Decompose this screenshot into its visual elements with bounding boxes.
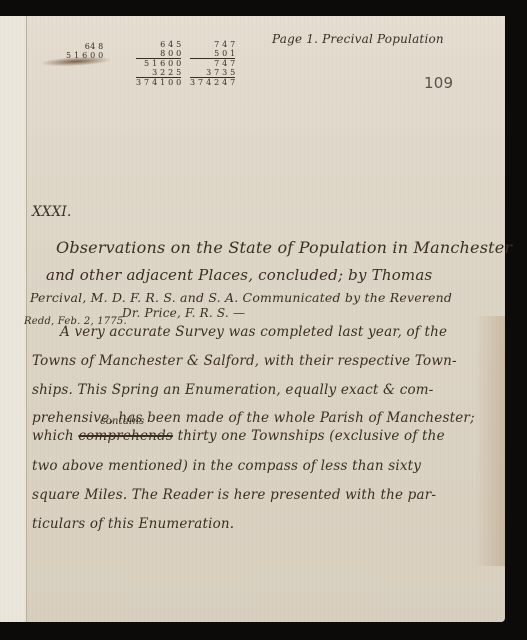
arith-mid-total: 3 7 4 1 0 0 xyxy=(136,77,181,87)
arith-right-b: 5 0 1 xyxy=(190,49,235,58)
body-line-3: ships. This Spring an Enumeration, equal… xyxy=(32,382,434,398)
folio-number: 109 xyxy=(424,74,453,92)
body-line-5: two above mentioned) in the compass of l… xyxy=(32,458,421,474)
struck-word: comprehends xyxy=(78,428,173,444)
arithmetic-middle: 6 4 5 8 0 0 5 1 6 0 0 3 2 2 5 3 7 4 1 0 … xyxy=(136,40,181,87)
arith-mid-d: 3 2 2 5 xyxy=(136,68,181,77)
arith-left-result: 5 1 6 0 0 xyxy=(66,51,103,60)
body-line-4: prehensive, has been made of the whole P… xyxy=(32,410,475,426)
arith-right-total: 3 7 4 2 4 7 xyxy=(190,77,235,87)
title-line-1: Observations on the State of Population … xyxy=(56,238,512,257)
arith-mid-c: 5 1 6 0 0 xyxy=(136,58,181,68)
inserted-word: contains xyxy=(100,416,144,427)
section-number: XXXI. xyxy=(32,204,71,220)
arith-right-a: 7 4 7 xyxy=(190,40,235,49)
title-line-3: Percival, M. D. F. R. S. and S. A. Commu… xyxy=(30,290,452,305)
which-prefix: which xyxy=(32,428,74,444)
arith-mid-a: 6 4 5 xyxy=(136,40,181,49)
body-line-2: Towns of Manchester & Salford, with thei… xyxy=(32,353,457,369)
body-line-which: which comprehends thirty one Townships (… xyxy=(32,428,445,444)
paper-stain xyxy=(475,316,505,566)
title-line-2: and other adjacent Places, concluded; by… xyxy=(46,266,432,284)
manuscript-page: 64 8 5 1 6 0 0 6 4 5 8 0 0 5 1 6 0 0 3 2… xyxy=(0,16,505,622)
body-line-7: ticulars of this Enumeration. xyxy=(32,516,234,532)
body-line-1: A very accurate Survey was completed las… xyxy=(60,324,447,340)
arith-mid-b: 8 0 0 xyxy=(136,49,181,58)
page-edge-strip xyxy=(0,16,27,622)
arith-right-d: 3 7 3 5 xyxy=(190,68,235,77)
header-note: Page 1. Precival Population xyxy=(272,32,444,46)
arithmetic-right: 7 4 7 5 0 1 7 4 7 3 7 3 5 3 7 4 2 4 7 xyxy=(190,40,235,87)
body-line-6: square Miles. The Reader is here present… xyxy=(32,487,436,503)
which-suffix: thirty one Townships (exclusive of the xyxy=(178,428,445,444)
title-line-4: Dr. Price, F. R. S. — xyxy=(122,306,245,320)
arithmetic-left: 64 8 5 1 6 0 0 xyxy=(66,42,103,60)
arith-left-top: 64 8 xyxy=(66,42,103,51)
arith-right-c: 7 4 7 xyxy=(190,58,235,68)
